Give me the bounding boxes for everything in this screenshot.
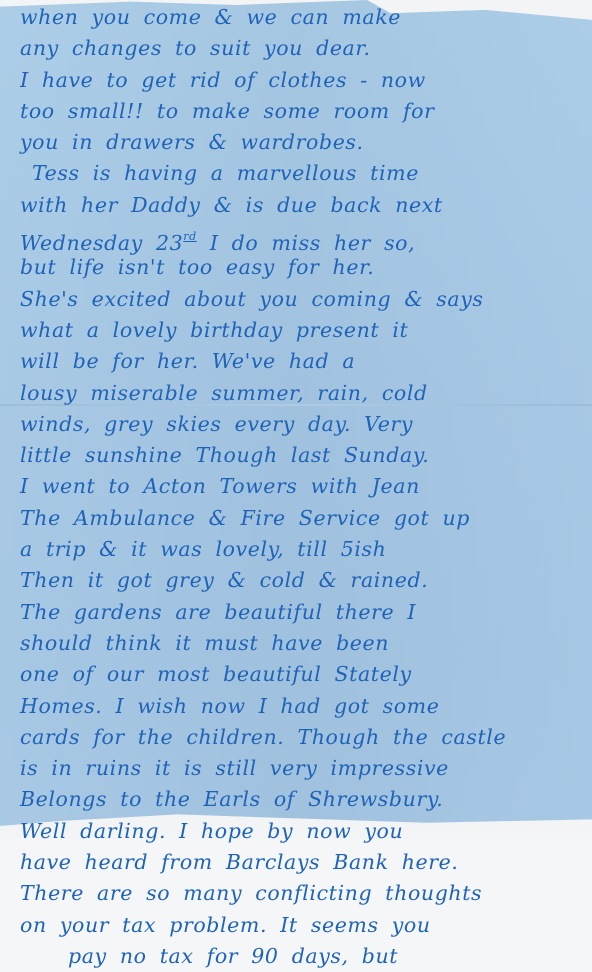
letter-line-16: I went to Acton Towers with Jean [20,471,590,502]
letter-line-13: lousy miserable summer, rain, cold [20,378,590,409]
letter-line-2: any changes to suit you dear. [20,33,590,64]
letter-line-22: one of our most beautiful Stately [20,659,590,690]
letter-line-5: you in drawers & wardrobes. [20,127,590,158]
letter-line-10: She's excited about you coming & says [20,284,590,315]
letter-line-6: Tess is having a marvellous time [20,158,590,189]
letter-line-8: Wednesday 23rd I do miss her so, [20,221,590,252]
letter-line-1: when you come & we can make [20,2,590,33]
letter-line-15: little sunshine Though last Sunday. [20,440,590,471]
letter-line-20: The gardens are beautiful there I [20,597,590,628]
date-ordinal-suffix: rd [183,230,197,243]
letter-line-9: but life isn't too easy for her. [20,252,590,283]
letter-line-3: I have to get rid of clothes - now [20,65,590,96]
letter-line-14: winds, grey skies every day. Very [20,409,590,440]
letter-line-19: Then it got grey & cold & rained. [20,565,590,596]
letter-line-12: will be for her. We've had a [20,346,590,377]
letter-line-7: with her Daddy & is due back next [20,190,590,221]
letter-line-4: too small!! to make some room for [20,96,590,127]
letter-line-27: Well darling. I hope by now you [20,816,590,839]
scanned-page: when you come & we can make any changes … [0,0,592,839]
handwritten-letter-body: when you come & we can make any changes … [20,2,590,839]
letter-line-11: what a lovely birthday present it [20,315,590,346]
letter-line-26: Belongs to the Earls of Shrewsbury. [20,784,590,815]
letter-line-23: Homes. I wish now I had got some [20,691,590,722]
letter-line-17: The Ambulance & Fire Service got up [20,503,590,534]
letter-line-25: is in ruins it is still very impressive [20,753,590,784]
letter-line-24: cards for the children. Though the castl… [20,722,590,753]
letter-line-18: a trip & it was lovely, till 5ish [20,534,590,565]
letter-line-21: should think it must have been [20,628,590,659]
